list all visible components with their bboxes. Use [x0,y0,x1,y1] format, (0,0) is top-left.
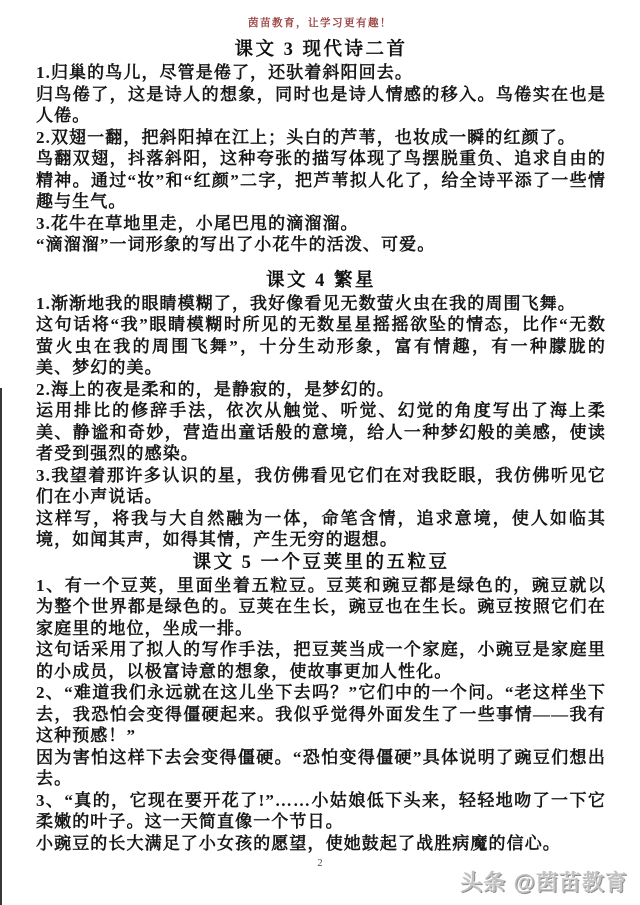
lesson4-analysis-3: 这样写，将我与大自然融为一体，命笔含情，追求意境，使人如临其境，如闻其声，如得其… [36,508,606,551]
lesson5-sentence-3: 3、“真的，它现在要开花了!”……小姑娘低下头来，轻轻地吻了一下它柔嫩的叶子。这… [36,790,606,833]
toutiao-watermark: 头条 @茵苗教育 [460,866,628,897]
section-title-lesson-3: 课文 3 现代诗二首 [36,38,606,62]
lesson3-sentence-1: 1.归巢的鸟儿，尽管是倦了，还驮着斜阳回去。 [36,62,606,84]
lesson5-analysis-2: 因为害怕这样下去会变得僵硬。“恐怕变得僵硬”具体说明了豌豆们想出去。 [36,747,606,790]
lesson4-analysis-2: 运用排比的修辞手法，依次从触觉、听觉、幻觉的角度写出了海上柔美、静谧和奇妙，营造… [36,400,606,465]
lesson5-sentence-2: 2、“难道我们永远就在这儿坐下去吗？”它们中的一个问。“老这样坐下去，我恐怕会变… [36,682,606,747]
scan-edge-line [0,388,2,905]
lesson4-sentence-3: 3.我望着那许多认识的星，我仿佛看见它们在对我眨眼，我仿佛听见它们在小声说话。 [36,465,606,508]
section-title-lesson-4: 课文 4 繁星 [36,269,606,293]
lesson3-sentence-2: 2.双翅一翻，把斜阳掉在江上；头白的芦苇，也妆成一瞬的红颜了。 [36,127,606,149]
lesson5-sentence-1: 1、有一个豆荚，里面坐着五粒豆。豆荚和豌豆都是绿色的，豌豆就以为整个世界都是绿色… [36,575,606,640]
lesson3-analysis-2: 鸟翻双翅，抖落斜阳，这种夸张的描写体现了鸟摆脱重负、追求自由的精神。通过“妆”和… [36,148,606,213]
document-content: 课文 3 现代诗二首 1.归巢的鸟儿，尽管是倦了，还驮着斜阳回去。 归鸟倦了，这… [36,38,606,854]
site-slogan: 茵苗教育，让学习更有趣！ [0,15,640,30]
lesson4-analysis-1: 这句话将“我”眼睛模糊时所见的无数星星摇摇欲坠的情态，比作“无数萤火虫在我的周围… [36,314,606,379]
lesson3-analysis-3: “滴溜溜”一词形象的写出了小花牛的活泼、可爱。 [36,234,606,256]
lesson4-sentence-1: 1.渐渐地我的眼睛模糊了，我好像看见无数萤火虫在我的周围飞舞。 [36,293,606,315]
lesson5-analysis-1: 这句话采用了拟人的写作手法，把豆荚当成一个家庭，小豌豆是家庭里的小成员，以极富诗… [36,639,606,682]
lesson3-sentence-3: 3.花牛在草地里走，小尾巴甩的滴溜溜。 [36,213,606,235]
lesson5-analysis-3: 小豌豆的长大满足了小女孩的愿望，使她鼓起了战胜病魔的信心。 [36,833,606,855]
section-title-lesson-5: 课文 5 一个豆荚里的五粒豆 [36,551,606,575]
lesson4-sentence-2: 2.海上的夜是柔和的，是静寂的，是梦幻的。 [36,379,606,401]
document-page: 茵苗教育，让学习更有趣！ 课文 3 现代诗二首 1.归巢的鸟儿，尽管是倦了，还驮… [0,0,640,905]
lesson3-analysis-1: 归鸟倦了，这是诗人的想象，同时也是诗人情感的移入。鸟倦实在也是人倦。 [36,84,606,127]
